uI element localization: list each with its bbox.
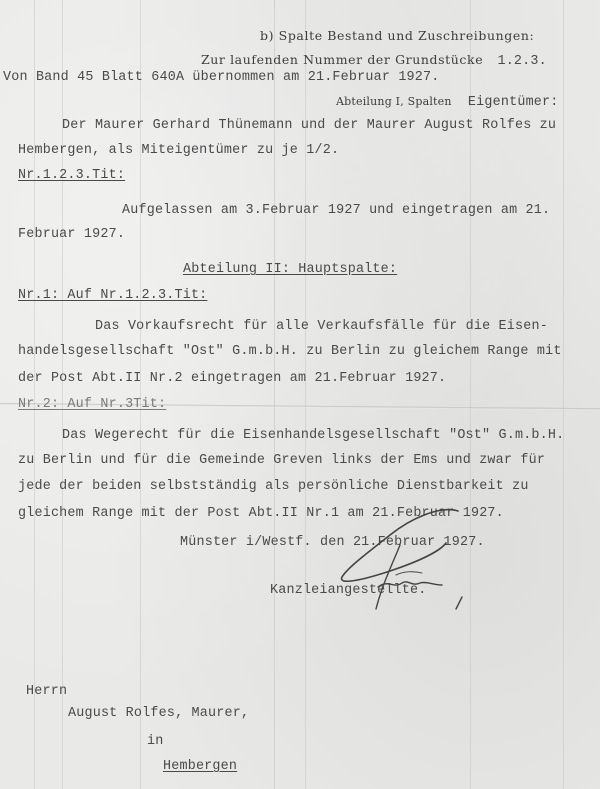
section-label: Abteilung I, Spalten bbox=[336, 95, 452, 108]
address-preposition: in bbox=[147, 734, 163, 750]
column-heading: b) Spalte Bestand und Zuschreibungen: bbox=[260, 28, 534, 44]
ledger-rule bbox=[563, 0, 564, 789]
entry-1-line: handelsgesellschaft "Ost" G.m.b.H. zu Be… bbox=[18, 344, 562, 360]
abteilung-2-heading: Abteilung II: Hauptspalte: bbox=[183, 262, 397, 278]
title-reference: Nr.1.2.3.Tit: bbox=[18, 168, 125, 184]
entry-2-line: jede der beiden selbstständig als persön… bbox=[18, 479, 529, 495]
entry-2-line: Das Wegerecht für die Eisenhandelsgesell… bbox=[62, 428, 564, 444]
entry-2-line: zu Berlin und für die Gemeinde Greven li… bbox=[18, 453, 545, 469]
section-row: Abteilung I, Spalten Eigentümer: bbox=[336, 94, 559, 111]
running-number-row: Zur laufenden Nummer der Grundstücke 1.2… bbox=[201, 52, 547, 70]
entry-2-reference: Nr.2: Auf Nr.3Tit: bbox=[18, 397, 166, 413]
running-number-value: 1.2.3. bbox=[497, 54, 546, 69]
owners-line-1: Der Maurer Gerhard Thünemann und der Mau… bbox=[62, 118, 556, 134]
section-value: Eigentümer: bbox=[468, 95, 559, 110]
signature-title: Kanzleiangestellte. bbox=[270, 583, 426, 599]
transfer-line: Von Band 45 Blatt 640A übernommen am 21.… bbox=[3, 70, 440, 86]
entry-line-1: Aufgelassen am 3.Februar 1927 und einget… bbox=[122, 203, 550, 219]
ledger-rule bbox=[34, 0, 35, 789]
entry-1-line: der Post Abt.II Nr.2 eingetragen am 21.F… bbox=[18, 371, 446, 387]
document-page: b) Spalte Bestand und Zuschreibungen: Zu… bbox=[0, 0, 600, 789]
entry-1-line: Das Vorkaufsrecht für alle Verkaufsfälle… bbox=[95, 319, 548, 335]
entry-line-2: Februar 1927. bbox=[18, 227, 125, 243]
entry-1-reference: Nr.1: Auf Nr.1.2.3.Tit: bbox=[18, 288, 207, 304]
running-number-label: Zur laufenden Nummer der Grundstücke bbox=[201, 52, 483, 67]
address-name: August Rolfes, Maurer, bbox=[68, 706, 249, 722]
owners-line-2: Hembergen, als Miteigentümer zu je 1/2. bbox=[18, 143, 339, 159]
address-salutation: Herrn bbox=[26, 684, 67, 700]
address-town: Hembergen bbox=[163, 759, 237, 775]
